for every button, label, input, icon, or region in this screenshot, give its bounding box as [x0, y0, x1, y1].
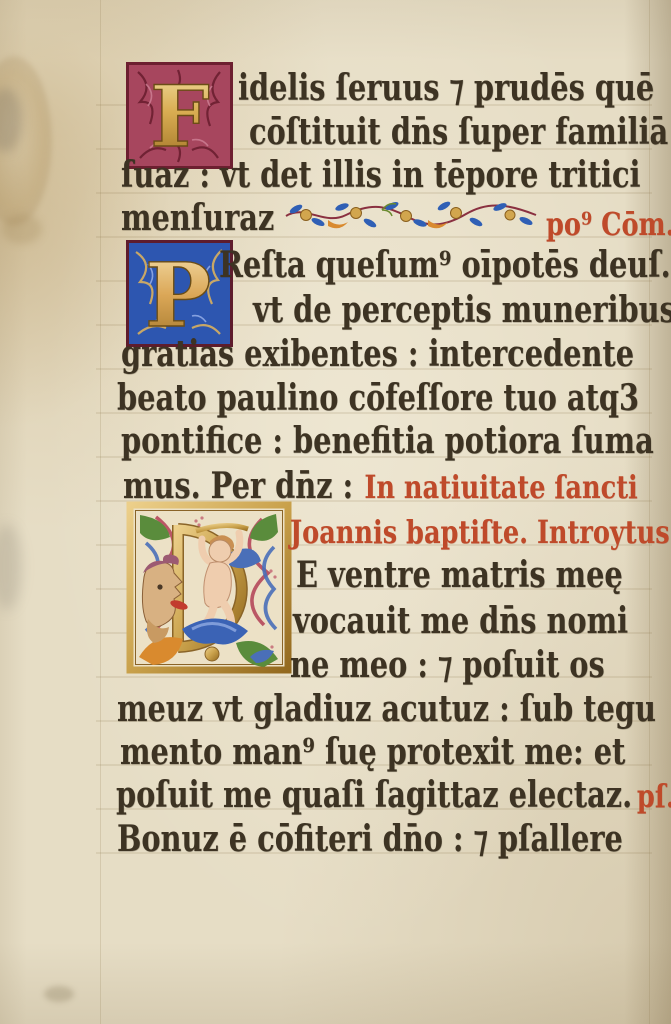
text-line-5: Reſta queſum⁹ oīpotēs deuſ. [219, 243, 671, 287]
manuscript-page: F P [0, 0, 671, 1024]
text-line-9: pontifice : benefitia potiora ſuma [121, 419, 654, 463]
initial-d-art [126, 501, 292, 674]
text-line-18: Bonuz ē cōfiteri dn̄o : ⁊ pſallere [117, 817, 623, 861]
initial-letter-f: F [150, 67, 210, 166]
text-line-13: vocauit me dn̄s nomi [293, 599, 628, 643]
gold-fruits [301, 208, 516, 222]
vine-ornament-band [284, 200, 540, 230]
gold-ball [205, 647, 219, 661]
illuminated-initial-p: P [126, 240, 233, 347]
illuminated-initial-d [126, 501, 292, 674]
introit-verse: poſuit me quaſi ſagittaz electaz. [116, 774, 632, 816]
edge-smudge [2, 214, 42, 244]
text-line-15: meuz vt gladiuz acutuz : ſub tegu [117, 687, 656, 731]
rubric-nativity-heading: In natiuitate ſancti [364, 468, 637, 506]
text-line-1: idelis ſeruus ⁊ prudēs quē [238, 66, 654, 110]
rubric-post-communio: po⁹ Cōm. [546, 202, 671, 246]
text-line-14: ne meo : ⁊ poſuit os [290, 643, 605, 687]
rubric-introit-heading: Joannis baptiſte. Introytus. [290, 510, 671, 554]
text-line-10: mus. Per dn̄z :In natiuitate ſancti [123, 464, 638, 509]
text-line-17: poſuit me quaſi ſagittaz electaz.pſ. [116, 773, 671, 818]
text-line-2: cōſtituit dn̄s ſuper familiā [249, 110, 668, 154]
text-line-16: mento man⁹ ſuę protexit me: et [120, 730, 625, 774]
text-line-6: vt de perceptis muneribus [253, 288, 671, 332]
text-line-7: gratias exibentes : intercedente [121, 332, 634, 376]
rubric-psalm-mark: pſ. [637, 777, 671, 815]
text-line-3: ſuaz : vt det illis in tēpore tritici [121, 153, 640, 197]
text-line-4: menſuraz [121, 196, 274, 240]
text-line-8: beato paulino cōfeſſore tuo atq3 [117, 376, 639, 420]
text-line-12: E ventre matris meę [296, 553, 623, 597]
prayer-ending: mus. Per dn̄z : [123, 465, 353, 507]
ink-speck [44, 986, 74, 1002]
initial-p-art: P [126, 240, 233, 347]
edge-smudge [0, 524, 22, 610]
left-margin-rule [100, 0, 101, 1024]
orange-horns [328, 220, 448, 228]
